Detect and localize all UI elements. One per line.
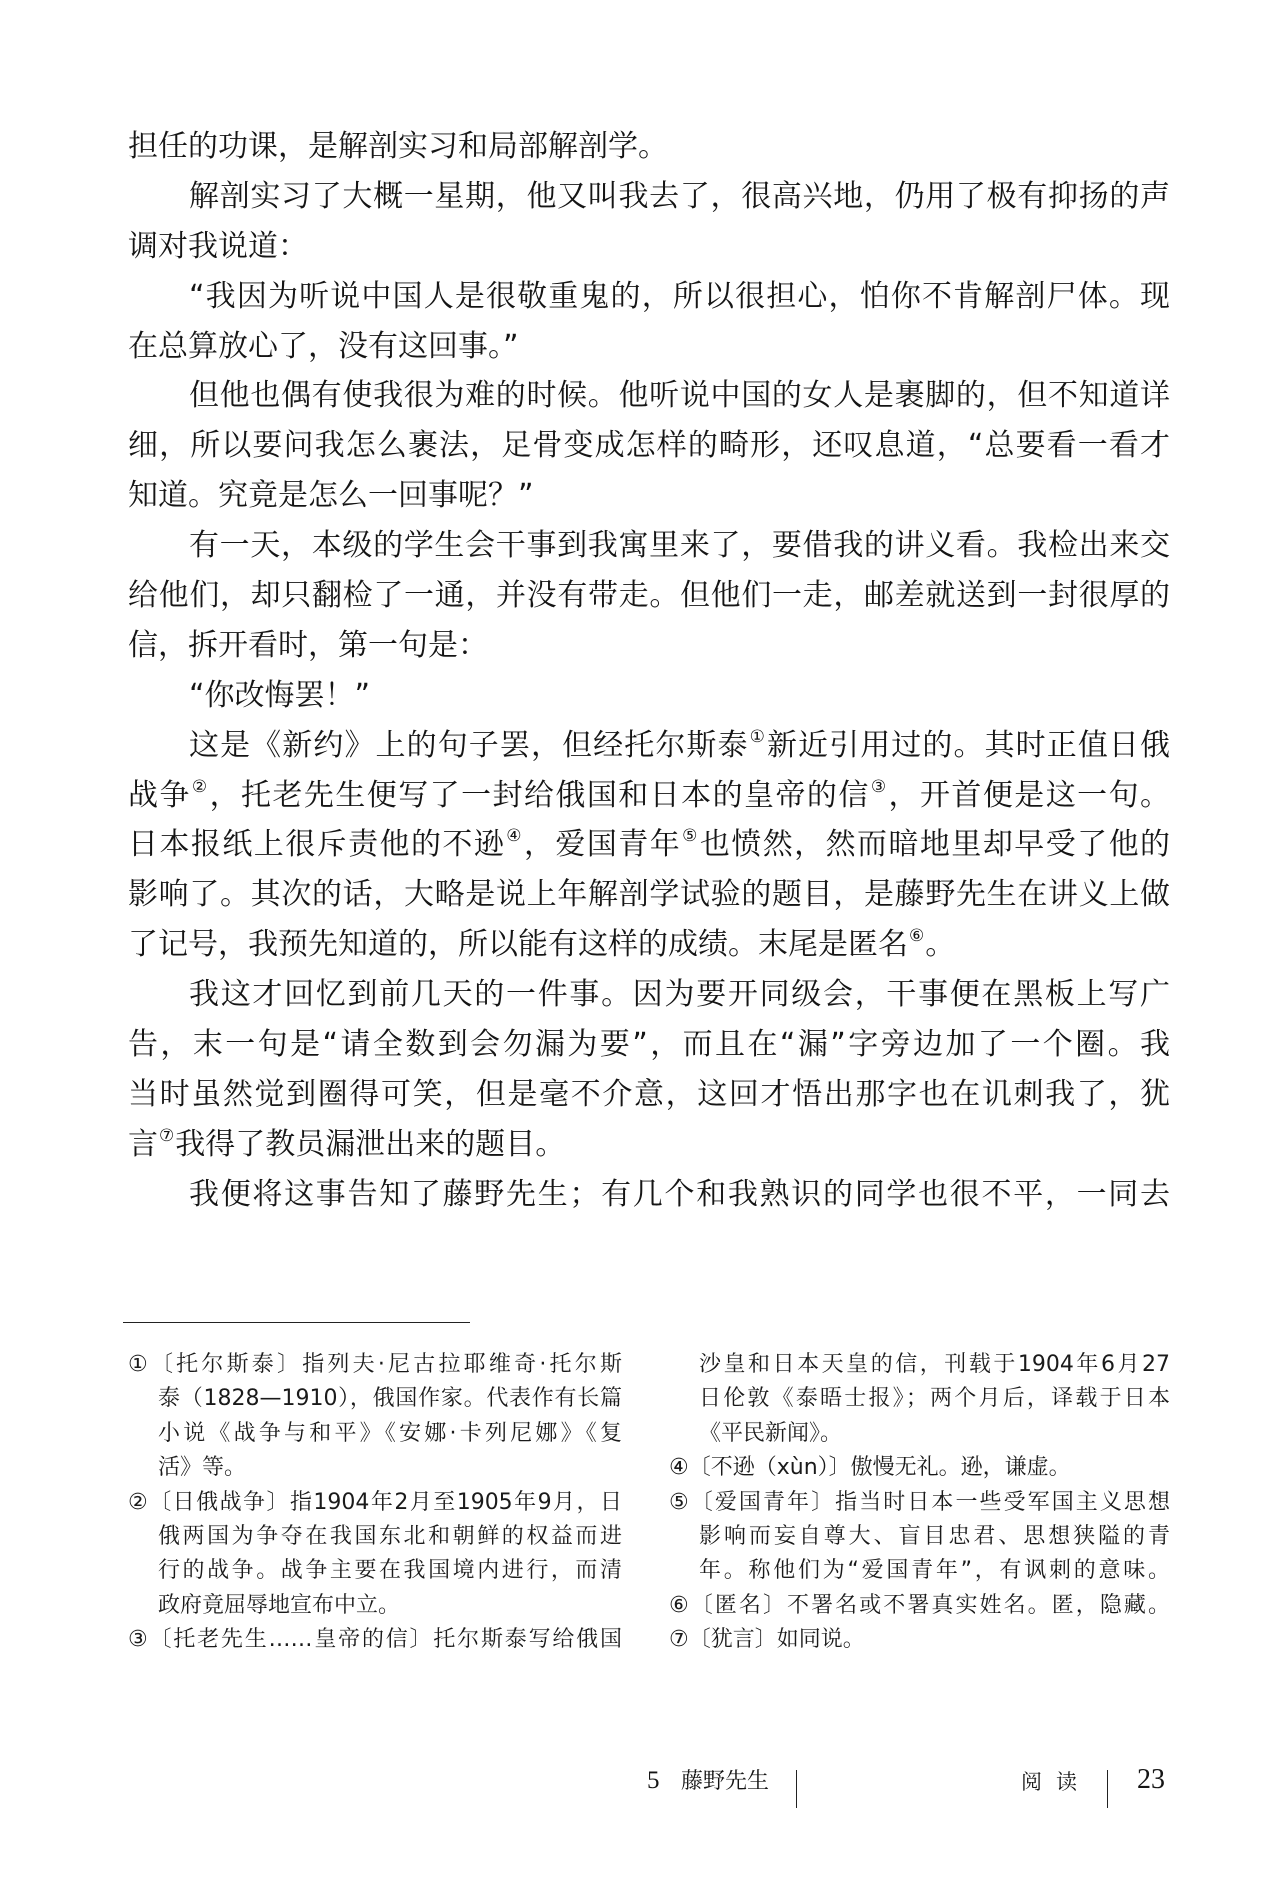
section-name: 阅读 xyxy=(1021,1768,1091,1796)
text-segment: 我便将这事告知了藤野先生；有几个和我熟识的同学也很不平，一同去 xyxy=(189,1177,1170,1212)
text-line: 担任的功课，是解剖实习和局部解剖学。 xyxy=(128,122,1170,172)
footnote-marker: ⑤ xyxy=(669,1490,691,1515)
footnote-text: 小说《战争与和平》《安娜·卡列尼娜》《复 xyxy=(158,1421,622,1446)
footnote-text: 指1904年2月至1905年9月，日 xyxy=(290,1490,622,1515)
footnote-ref-2: ② xyxy=(192,777,209,797)
lesson-title: 藤野先生 xyxy=(681,1768,769,1796)
footnote-text: 傲慢无礼。逊，谦虚。 xyxy=(851,1455,1071,1480)
footnote-ref-5: ⑤ xyxy=(682,826,699,846)
footnote-text: 沙皇和日本天皇的信，刊载于1904年6月27 xyxy=(699,1352,1170,1377)
footnote-marker: ⑦ xyxy=(669,1627,689,1652)
footnote-text: 如同说。 xyxy=(777,1627,865,1652)
text-line: 当时虽然觉到圈得可笑，但是毫不介意，这回才悟出那字也在讥刺我了，犹 xyxy=(128,1070,1170,1120)
footnote-text: 日伦敦《泰晤士报》；两个月后，译载于日本 xyxy=(699,1386,1170,1411)
footnote-3: ③〔托老先生……皇帝的信〕托尔斯泰写给俄国 xyxy=(128,1623,622,1657)
text-line: 影响了。其次的话，大略是说上年解剖学试验的题目，是藤野先生在讲义上做 xyxy=(128,870,1170,920)
footnote-divider xyxy=(123,1322,470,1323)
text-segment: 。 xyxy=(925,927,955,962)
text-line: 知道。究竟是怎么一回事呢？” xyxy=(128,471,1170,521)
footnote-text: 不署名或不署真实姓名。匿，隐藏。 xyxy=(787,1593,1170,1618)
text-segment: 告，末一句是“请全数到会勿漏为要”，而且在“漏”字旁边加了一个圈。我 xyxy=(128,1027,1170,1062)
footnote-term: 〔犹言〕 xyxy=(689,1627,777,1652)
text-segment: 有一天，本级的学生会干事到我寓里来了，要借我的讲义看。我检出来交 xyxy=(189,528,1170,563)
footnote-continuation: 沙皇和日本天皇的信，刊载于1904年6月27 xyxy=(669,1348,1170,1382)
text-segment: 新近引用过的。其时正值日俄 xyxy=(767,728,1170,763)
footnote-5: ⑤〔爱国青年〕指当时日本一些受军国主义思想 xyxy=(669,1486,1170,1520)
lesson-number: 5 xyxy=(647,1766,660,1796)
text-line: 日本报纸上很斥责他的不逊④，爱国青年⑤也愤然，然而暗地里却早受了他的 xyxy=(128,820,1170,870)
text-segment: 日本报纸上很斥责他的不逊 xyxy=(128,827,505,862)
footnotes-right-column: 沙皇和日本天皇的信，刊载于1904年6月27 日伦敦《泰晤士报》；两个月后，译载… xyxy=(669,1348,1170,1658)
footnote-continuation: 《平民新闻》。 xyxy=(669,1417,1170,1451)
footnote-marker: ① xyxy=(128,1352,151,1377)
text-line: 战争②，托老先生便写了一封给俄国和日本的皇帝的信③，开首便是这一句。 xyxy=(128,771,1170,821)
footnote-continuation: 年。称他们为“爱国青年”，有讽刺的意味。 xyxy=(669,1554,1170,1588)
text-segment: “你改悔罢！” xyxy=(189,678,370,713)
text-segment: ，开首便是这一句。 xyxy=(889,778,1171,813)
footnote-continuation: 俄两国为争夺在我国东北和朝鲜的权益而进 xyxy=(128,1520,622,1554)
paragraph-start-line: 我便将这事告知了藤野先生；有几个和我熟识的同学也很不平，一同去 xyxy=(128,1170,1170,1220)
text-segment: 知道。究竟是怎么一回事呢？” xyxy=(128,478,534,513)
paragraph-start-line: 解剖实习了大概一星期，他又叫我去了，很高兴地，仍用了极有抑扬的声 xyxy=(128,172,1170,222)
text-line: 给他们，却只翻检了一通，并没有带走。但他们一走，邮差就送到一封很厚的 xyxy=(128,571,1170,621)
footnote-term: 〔托尔斯泰〕 xyxy=(151,1352,302,1377)
footnote-term: 〔匿名〕 xyxy=(691,1593,787,1618)
footnote-term: 〔爱国青年〕 xyxy=(691,1490,835,1515)
textbook-page: 担任的功课，是解剖实习和局部解剖学。 解剖实习了大概一星期，他又叫我去了，很高兴… xyxy=(0,0,1280,1877)
footnote-text: 泰（1828—1910），俄国作家。代表作有长篇 xyxy=(158,1386,622,1411)
text-segment: 信，拆开看时，第一句是： xyxy=(128,628,488,663)
footnote-text: 年。称他们为“爱国青年”，有讽刺的意味。 xyxy=(699,1558,1170,1583)
page-number: 23 xyxy=(1137,1764,1165,1796)
text-segment: 解剖实习了大概一星期，他又叫我去了，很高兴地，仍用了极有抑扬的声 xyxy=(189,179,1170,214)
paragraph-start-line: “你改悔罢！” xyxy=(128,671,1170,721)
text-segment: 调对我说道： xyxy=(128,229,308,264)
footnote-text: 指当时日本一些受军国主义思想 xyxy=(835,1490,1170,1515)
footnote-2: ②〔日俄战争〕指1904年2月至1905年9月，日 xyxy=(128,1486,622,1520)
text-segment: 但他也偶有使我很为难的时候。他听说中国的女人是裹脚的，但不知道详 xyxy=(189,378,1170,413)
text-segment: ，托老先生便写了一封给俄国和日本的皇帝的信 xyxy=(210,778,870,813)
text-line: 细，所以要问我怎么裹法，足骨变成怎样的畸形，还叹息道，“总要看一看才 xyxy=(128,421,1170,471)
footnote-continuation: 日伦敦《泰晤士报》；两个月后，译载于日本 xyxy=(669,1382,1170,1416)
footnote-text: 政府竟屈辱地宣布中立。 xyxy=(158,1593,400,1618)
footnote-marker: ② xyxy=(128,1490,149,1515)
footnote-continuation: 行的战争。战争主要在我国境内进行，而清 xyxy=(128,1554,622,1588)
footnote-continuation: 政府竟屈辱地宣布中立。 xyxy=(128,1589,622,1623)
footnotes-left-column: ①〔托尔斯泰〕指列夫·尼古拉耶维奇·托尔斯 泰（1828—1910），俄国作家。… xyxy=(128,1348,622,1658)
footnote-continuation: 影响而妄自尊大、盲目忠君、思想狭隘的青 xyxy=(669,1520,1170,1554)
paragraph-start-line: 这是《新约》上的句子罢，但经托尔斯泰①新近引用过的。其时正值日俄 xyxy=(128,721,1170,771)
text-line: 告，末一句是“请全数到会勿漏为要”，而且在“漏”字旁边加了一个圈。我 xyxy=(128,1020,1170,1070)
text-segment: 了记号，我预先知道的，所以能有这样的成绩。末尾是匿名 xyxy=(128,927,908,962)
text-segment: 担任的功课，是解剖实习和局部解剖学。 xyxy=(128,129,668,164)
footnote-marker: ③ xyxy=(128,1627,150,1652)
footnote-continuation: 小说《战争与和平》《安娜·卡列尼娜》《复 xyxy=(128,1417,622,1451)
footnote-text: 影响而妄自尊大、盲目忠君、思想狭隘的青 xyxy=(699,1524,1170,1549)
footnote-marker: ⑥ xyxy=(669,1593,691,1618)
paragraph-start-line: 有一天，本级的学生会干事到我寓里来了，要借我的讲义看。我检出来交 xyxy=(128,521,1170,571)
footnote-text: 活》等。 xyxy=(158,1455,246,1480)
footnote-1: ①〔托尔斯泰〕指列夫·尼古拉耶维奇·托尔斯 xyxy=(128,1348,622,1382)
text-segment: 影响了。其次的话，大略是说上年解剖学试验的题目，是藤野先生在讲义上做 xyxy=(128,877,1170,912)
footnote-4: ④〔不逊（xùn）〕傲慢无礼。逊，谦虚。 xyxy=(669,1451,1170,1485)
text-segment: 言 xyxy=(128,1127,158,1162)
article-body: 担任的功课，是解剖实习和局部解剖学。 解剖实习了大概一星期，他又叫我去了，很高兴… xyxy=(128,122,1170,1220)
text-line: 言⑦我得了教员漏泄出来的题目。 xyxy=(128,1120,1170,1170)
footer-divider xyxy=(796,1770,797,1808)
text-line: 了记号，我预先知道的，所以能有这样的成绩。末尾是匿名⑥。 xyxy=(128,920,1170,970)
footnote-ref-3: ③ xyxy=(871,777,888,797)
text-segment: 细，所以要问我怎么裹法，足骨变成怎样的畸形，还叹息道，“总要看一看才 xyxy=(128,428,1170,463)
footnote-term: 〔日俄战争〕 xyxy=(149,1490,290,1515)
footnote-6: ⑥〔匿名〕不署名或不署真实姓名。匿，隐藏。 xyxy=(669,1589,1170,1623)
footnote-text: 《平民新闻》。 xyxy=(699,1421,842,1446)
text-segment: 战争 xyxy=(128,778,191,813)
paragraph-start-line: 但他也偶有使我很为难的时候。他听说中国的女人是裹脚的，但不知道详 xyxy=(128,371,1170,421)
text-line: 信，拆开看时，第一句是： xyxy=(128,621,1170,671)
text-segment: 也愤然，然而暗地里却早受了他的 xyxy=(700,827,1170,862)
footnote-marker: ④ xyxy=(669,1455,689,1480)
footnote-text: 指列夫·尼古拉耶维奇·托尔斯 xyxy=(302,1352,622,1377)
footnote-term: 〔不逊（xùn）〕 xyxy=(689,1455,851,1480)
text-line: 在总算放心了，没有这回事。” xyxy=(128,322,1170,372)
footer-divider xyxy=(1107,1770,1108,1808)
footnote-ref-4: ④ xyxy=(506,826,523,846)
text-line: 调对我说道： xyxy=(128,222,1170,272)
footnote-text: 行的战争。战争主要在我国境内进行，而清 xyxy=(158,1558,622,1583)
footnote-text: 托尔斯泰写给俄国 xyxy=(433,1627,622,1652)
footnote-7: ⑦〔犹言〕如同说。 xyxy=(669,1623,1170,1657)
text-segment: 当时虽然觉到圈得可笑，但是毫不介意，这回才悟出那字也在讥刺我了，犹 xyxy=(128,1077,1170,1112)
text-segment: 这是《新约》上的句子罢，但经托尔斯泰 xyxy=(189,728,749,763)
text-segment: ，爱国青年 xyxy=(524,827,681,862)
text-segment: 我得了教员漏泄出来的题目。 xyxy=(175,1127,565,1162)
footnote-continuation: 泰（1828—1910），俄国作家。代表作有长篇 xyxy=(128,1382,622,1416)
footnote-ref-7: ⑦ xyxy=(159,1126,174,1146)
footnote-ref-1: ① xyxy=(750,727,766,747)
footnote-continuation: 活》等。 xyxy=(128,1451,622,1485)
text-segment: 我这才回忆到前几天的一件事。因为要开同级会，干事便在黑板上写广 xyxy=(189,977,1170,1012)
text-segment: 给他们，却只翻检了一通，并没有带走。但他们一走，邮差就送到一封很厚的 xyxy=(128,578,1170,613)
paragraph-start-line: “我因为听说中国人是很敬重鬼的，所以很担心，怕你不肯解剖尸体。现 xyxy=(128,272,1170,322)
text-segment: 在总算放心了，没有这回事。” xyxy=(128,329,519,364)
footnote-term: 〔托老先生……皇帝的信〕 xyxy=(150,1627,434,1652)
footnote-ref-6: ⑥ xyxy=(909,926,924,946)
text-segment: “我因为听说中国人是很敬重鬼的，所以很担心，怕你不肯解剖尸体。现 xyxy=(189,279,1170,314)
paragraph-start-line: 我这才回忆到前几天的一件事。因为要开同级会，干事便在黑板上写广 xyxy=(128,970,1170,1020)
footnote-text: 俄两国为争夺在我国东北和朝鲜的权益而进 xyxy=(158,1524,622,1549)
